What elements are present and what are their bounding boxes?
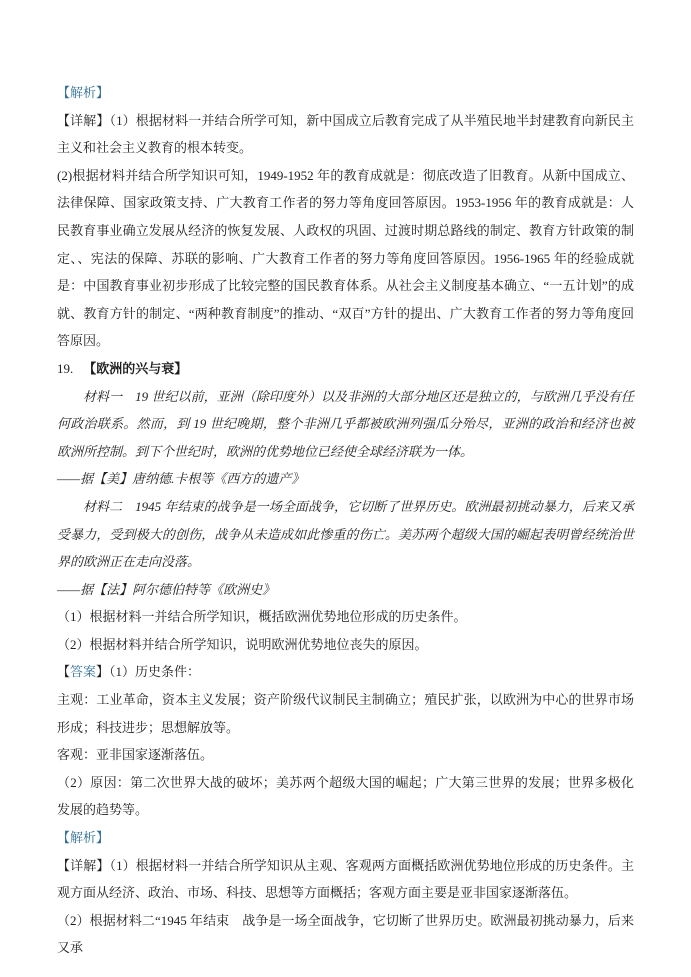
q19-subquestion-1: （1）根据材料一并结合所学知识，概括欧洲优势地位形成的历史条件。	[57, 603, 634, 631]
document-page: 【解析】 【详解】（1）根据材料一并结合所学可知，新中国成立后教育完成了从半殖民…	[0, 0, 691, 977]
q19-detail-2-text: （2）根据材料二“1945 年结束 战争是一场全面战争，它切断了世界历史。欧洲最…	[57, 913, 634, 956]
q18-detail-2-text: (2)根据材料并结合所学知识可知，1949-1952 年的教育成就是：彻底改造了…	[57, 168, 634, 349]
material-1-text: 材料一 19 世纪以前，亚洲（除印度外）以及非洲的大部分地区还是独立的，与欧洲几…	[57, 389, 634, 459]
question-number: 19.	[57, 361, 73, 376]
answer-reason-text: （2）原因：第二次世界大战的破坏；美苏两个超级大国的崛起；广大第三世界的发展；世…	[57, 775, 634, 818]
q19-answer-line: 【答案】（1）历史条件：	[57, 658, 634, 686]
q18-detail-paragraph-2: (2)根据材料并结合所学知识可知，1949-1952 年的教育成就是：彻底改造了…	[57, 162, 634, 355]
q19-analysis-marker-line: 【解析】	[57, 824, 634, 852]
subquestion-2-text: （2）根据材料并结合所学知识，说明欧洲优势地位丧失的原因。	[57, 637, 428, 652]
question-title: 【欧洲的兴与衰】	[83, 361, 187, 376]
answer-subjective-text: 主观：工业革命，资本主义发展；资产阶级代议制民主制确立；殖民扩张，以欧洲为中心的…	[57, 692, 634, 735]
q19-detail-1-text: （1）根据材料一并结合所学知识从主观、客观两方面概括欧洲优势地位形成的历史条件。…	[57, 858, 634, 901]
q19-material-2-source: ——据【法】阿尔德伯特等《欧洲史》	[57, 576, 634, 604]
q19-material-1: 材料一 19 世纪以前，亚洲（除印度外）以及非洲的大部分地区还是独立的，与欧洲几…	[57, 383, 634, 466]
answer-marker: 【答案】	[57, 664, 109, 679]
q19-answer-reason: （2）原因：第二次世界大战的破坏；美苏两个超级大国的崛起；广大第三世界的发展；世…	[57, 769, 634, 824]
material-2-source-text: ——据【法】阿尔德伯特等《欧洲史》	[57, 582, 275, 597]
q19-detail-paragraph-1: 【详解】（1）根据材料一并结合所学知识从主观、客观两方面概括欧洲优势地位形成的历…	[57, 852, 634, 907]
material-2-text: 材料二 1945 年结束的战争是一场全面战争，它切断了世界历史。欧洲最初挑动暴力…	[57, 499, 634, 569]
q19-detail-paragraph-2: （2）根据材料二“1945 年结束 战争是一场全面战争，它切断了世界历史。欧洲最…	[57, 907, 634, 962]
subquestion-1-text: （1）根据材料一并结合所学知识，概括欧洲优势地位形成的历史条件。	[57, 609, 467, 624]
answer-bracket-open: 【	[57, 664, 70, 679]
q19-material-1-source: ——据【美】唐纳德.卡根等《西方的遗产》	[57, 465, 634, 493]
detail-marker: 【详解】	[57, 858, 109, 873]
q19-answer-objective: 客观：亚非国家逐渐落伍。	[57, 741, 634, 769]
answer-objective-text: 客观：亚非国家逐渐落伍。	[57, 747, 213, 762]
q19-header: 19.【欧洲的兴与衰】	[57, 355, 634, 383]
q18-analysis-marker-line: 【解析】	[57, 79, 634, 107]
answer-label: 答案	[70, 664, 96, 679]
q19-answer-subjective: 主观：工业革命，资本主义发展；资产阶级代议制民主制确立；殖民扩张，以欧洲为中心的…	[57, 686, 634, 741]
q18-detail-1-text: （1）根据材料一并结合所学可知，新中国成立后教育完成了从半殖民地半封建教育向新民…	[57, 113, 634, 156]
material-1-source-text: ——据【美】唐纳德.卡根等《西方的遗产》	[57, 471, 304, 486]
detail-marker: 【详解】	[57, 113, 109, 128]
answer-bracket-close: 】	[96, 664, 109, 679]
q18-detail-paragraph-1: 【详解】（1）根据材料一并结合所学可知，新中国成立后教育完成了从半殖民地半封建教…	[57, 107, 634, 162]
q19-material-2: 材料二 1945 年结束的战争是一场全面战争，它切断了世界历史。欧洲最初挑动暴力…	[57, 493, 634, 576]
analysis-marker: 【解析】	[57, 85, 109, 100]
q19-subquestion-2: （2）根据材料并结合所学知识，说明欧洲优势地位丧失的原因。	[57, 631, 634, 659]
analysis-marker: 【解析】	[57, 830, 109, 845]
answer-line1-text: （1）历史条件：	[109, 664, 200, 679]
